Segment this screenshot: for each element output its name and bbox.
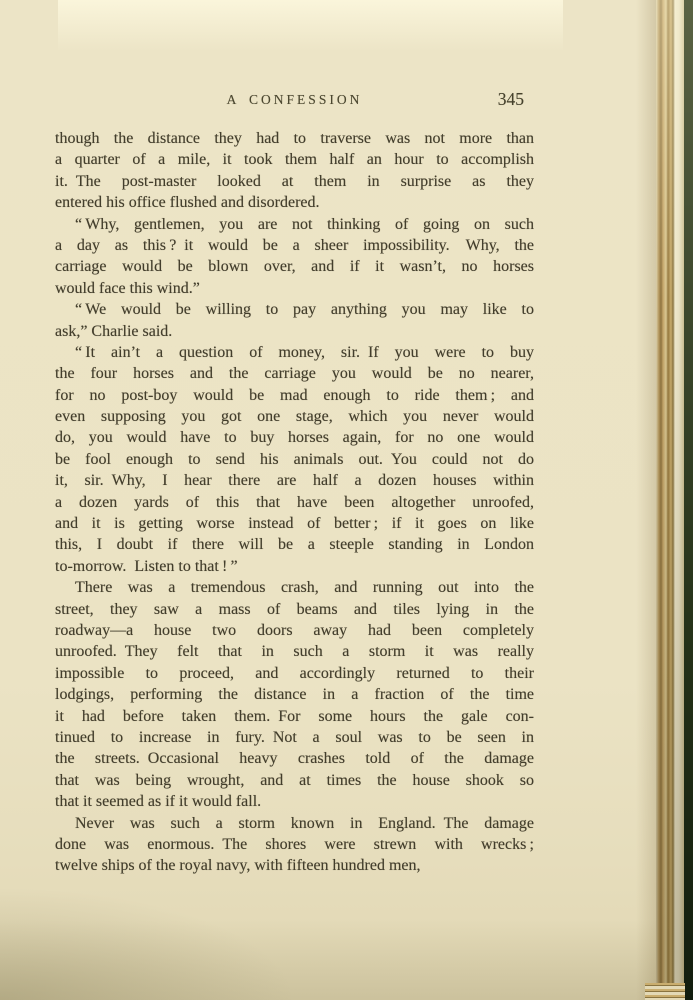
text-line: to-morrow. Listen to that ! ” — [55, 556, 534, 577]
text-line: that was being wrought, and at times the… — [55, 770, 534, 791]
bottom-page-edges — [645, 983, 685, 1000]
book-cover-edge — [684, 0, 693, 1000]
paragraph: though the distance they had to traverse… — [55, 128, 534, 214]
running-header: A CONFESSION 345 — [55, 92, 534, 112]
paragraph: Never was such a storm known in England.… — [55, 813, 534, 877]
text-line: though the distance they had to traverse… — [55, 128, 534, 149]
paragraph: “ Why, gentlemen, you are not thinking o… — [55, 214, 534, 300]
text-line: it had before taken them. For some hours… — [55, 706, 534, 727]
text-line: even supposing you got one stage, which … — [55, 406, 534, 427]
text-line: the streets. Occasional heavy crashes to… — [55, 748, 534, 769]
text-line: “ Why, gentlemen, you are not thinking o… — [55, 214, 534, 235]
text-line: this, I doubt if there will be a steeple… — [55, 534, 534, 555]
text-line: the four horses and the carriage you wou… — [55, 363, 534, 384]
text-line: There was a tremendous crash, and runnin… — [55, 577, 534, 598]
text-line: be fool enough to send his animals out. … — [55, 449, 534, 470]
body-text: though the distance they had to traverse… — [55, 128, 534, 877]
text-line: impossible to proceed, and accordingly r… — [55, 663, 534, 684]
text-line: “ It ain’t a question of money, sir. If … — [55, 342, 534, 363]
text-line: Never was such a storm known in England.… — [55, 813, 534, 834]
text-line: a quarter of a mile, it took them half a… — [55, 149, 534, 170]
book-fore-edge — [656, 0, 684, 1000]
text-line: for no post-boy would be mad enough to r… — [55, 385, 534, 406]
text-line: do, you would have to buy horses again, … — [55, 427, 534, 448]
text-line: a dozen yards of this that have been alt… — [55, 492, 534, 513]
scan-light-band — [58, 0, 563, 52]
text-line: roadway—a house two doors away had been … — [55, 620, 534, 641]
page-number: 345 — [498, 89, 524, 110]
text-line: ask,” Charlie said. — [55, 321, 534, 342]
text-line: carriage would be blown over, and if it … — [55, 256, 534, 277]
text-line: done was enormous. The shores were strew… — [55, 834, 534, 855]
text-line: unroofed. They felt that in such a storm… — [55, 641, 534, 662]
text-line: would face this wind.” — [55, 278, 534, 299]
book-page-scan: A CONFESSION 345 though the distance the… — [0, 0, 693, 1000]
text-line: “ We would be willing to pay anything yo… — [55, 299, 534, 320]
text-line: it. The post-master looked at them in su… — [55, 171, 534, 192]
text-line: twelve ships of the royal navy, with fif… — [55, 855, 534, 876]
paragraph: There was a tremendous crash, and runnin… — [55, 577, 534, 812]
text-line: tinued to increase in fury. Not a soul w… — [55, 727, 534, 748]
text-line: a day as this ? it would be a sheer impo… — [55, 235, 534, 256]
text-line: street, they saw a mass of beams and til… — [55, 599, 534, 620]
page-curl-shadow — [636, 0, 656, 1000]
text-line: entered his office flushed and disordere… — [55, 192, 534, 213]
paragraph: “ We would be willing to pay anything yo… — [55, 299, 534, 342]
paragraph: “ It ain’t a question of money, sir. If … — [55, 342, 534, 577]
text-line: and it is getting worse instead of bette… — [55, 513, 534, 534]
text-line: it, sir. Why, I hear there are half a do… — [55, 470, 534, 491]
text-line: lodgings, performing the distance in a f… — [55, 684, 534, 705]
text-line: that it seemed as if it would fall. — [55, 791, 534, 812]
chapter-title: A CONFESSION — [55, 92, 534, 108]
